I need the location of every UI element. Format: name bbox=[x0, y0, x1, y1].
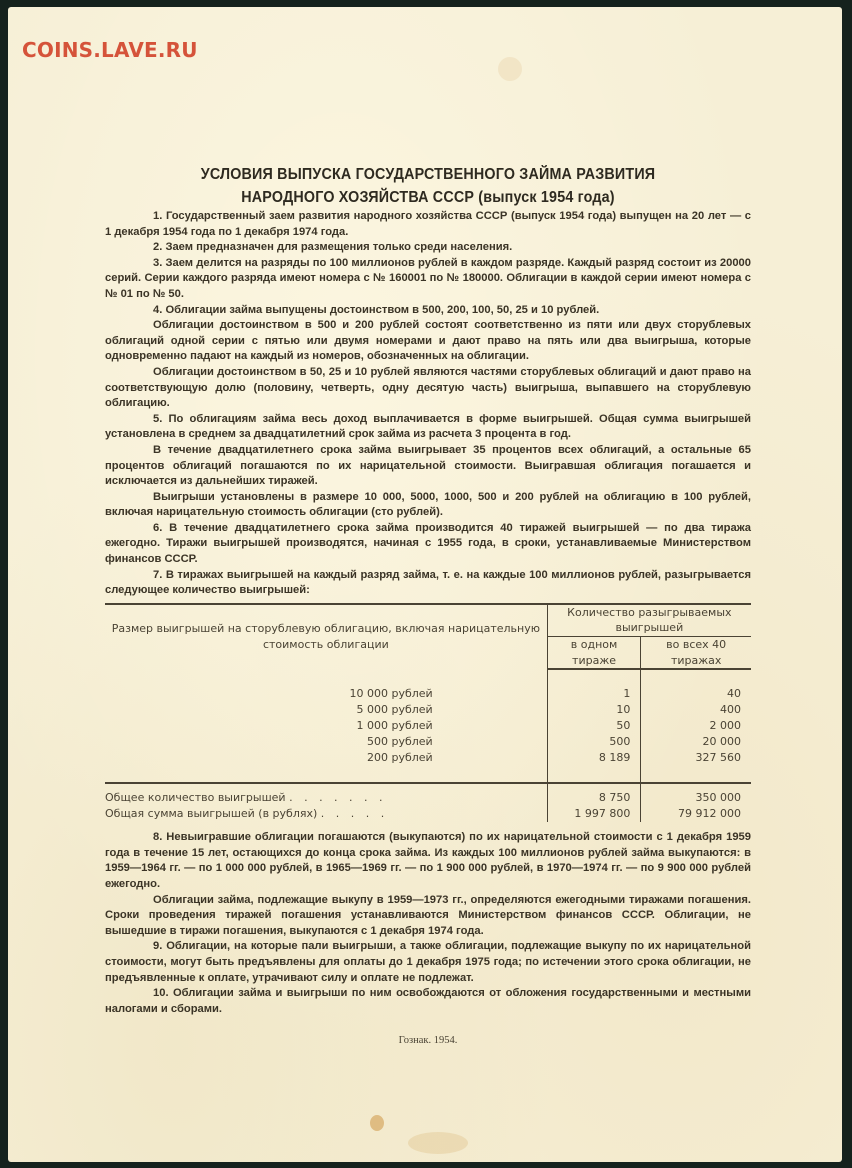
paragraph-10: 10. Облигации займа и выигрыши по ним ос… bbox=[105, 986, 751, 1017]
stain bbox=[370, 1115, 384, 1131]
paragraph-5b: Выигрыши установлены в размере 10 000, 5… bbox=[105, 490, 751, 521]
prize-amount: 200 рублей bbox=[105, 750, 547, 766]
col-header-per-draw: в одном тираже bbox=[547, 637, 641, 670]
table-row: 500 рублей 500 20 000 bbox=[105, 734, 751, 750]
watermark: COINS.LAVE.RU bbox=[22, 38, 198, 62]
table-row: 200 рублей 8 189 327 560 bbox=[105, 750, 751, 766]
paragraph-9: 9. Облигации, на которые пали выигрыши, … bbox=[105, 939, 751, 986]
paragraph-5: 5. По облигациям займа весь доход выплач… bbox=[105, 412, 751, 443]
stain bbox=[408, 1132, 468, 1154]
paragraph-4b: Облигации достоинством в 50, 25 и 10 руб… bbox=[105, 365, 751, 412]
prize-amount: 10 000 рублей bbox=[105, 686, 547, 702]
total-label: Общая сумма выигрышей (в рублях) . . . .… bbox=[105, 806, 547, 822]
paragraph-4: 4. Облигации займа выпущены достоинством… bbox=[105, 303, 751, 319]
all-draws-count: 327 560 bbox=[641, 750, 751, 766]
all-draws-count: 40 bbox=[641, 686, 751, 702]
table-row: 1 000 рублей 50 2 000 bbox=[105, 718, 751, 734]
prize-amount: 500 рублей bbox=[105, 734, 547, 750]
table-row: 10 000 рублей 1 40 bbox=[105, 686, 751, 702]
paragraph-5a: В течение двадцатилетнего срока займа вы… bbox=[105, 443, 751, 490]
paragraph-1: 1. Государственный заем развития народно… bbox=[105, 209, 751, 240]
all-draws-count: 20 000 bbox=[641, 734, 751, 750]
per-draw-count: 1 bbox=[547, 686, 641, 702]
printer-imprint: Гознак. 1954. bbox=[105, 1033, 751, 1049]
document-body: УСЛОВИЯ ВЫПУСКА ГОСУДАРСТВЕННОГО ЗАЙМА Р… bbox=[105, 163, 751, 1049]
all-draws-count: 2 000 bbox=[641, 718, 751, 734]
title-line-1: УСЛОВИЯ ВЫПУСКА ГОСУДАРСТВЕННОГО ЗАЙМА Р… bbox=[128, 163, 729, 186]
paragraph-8a: Облигации займа, подлежащие выкупу в 195… bbox=[105, 893, 751, 940]
prize-amount: 5 000 рублей bbox=[105, 702, 547, 718]
per-draw-count: 500 bbox=[547, 734, 641, 750]
stain bbox=[498, 57, 522, 81]
title-line-2: НАРОДНОГО ХОЗЯЙСТВА СССР (выпуск 1954 го… bbox=[128, 186, 729, 209]
col-header-prize: Размер выигрышей на сторублевую облигаци… bbox=[105, 604, 547, 669]
totals-row-sum: Общая сумма выигрышей (в рублях) . . . .… bbox=[105, 806, 751, 822]
paragraph-6: 6. В течение двадцатилетнего срока займа… bbox=[105, 521, 751, 568]
document-title: УСЛОВИЯ ВЫПУСКА ГОСУДАРСТВЕННОГО ЗАЙМА Р… bbox=[128, 163, 729, 209]
paragraph-2: 2. Заем предназначен для размещения толь… bbox=[105, 240, 751, 256]
paragraph-3: 3. Заем делится на разряды по 100 миллио… bbox=[105, 256, 751, 303]
all-draws-count: 400 bbox=[641, 702, 751, 718]
per-draw-count: 10 bbox=[547, 702, 641, 718]
paragraph-7: 7. В тиражах выигрышей на каждый разряд … bbox=[105, 568, 751, 599]
total-all-draws: 350 000 bbox=[641, 790, 751, 806]
per-draw-count: 8 189 bbox=[547, 750, 641, 766]
totals-row-count: Общее количество выигрышей . . . . . . .… bbox=[105, 790, 751, 806]
per-draw-count: 50 bbox=[547, 718, 641, 734]
total-all-draws: 79 912 000 bbox=[641, 806, 751, 822]
total-per-draw: 8 750 bbox=[547, 790, 641, 806]
paragraph-8: 8. Невыигравшие облигации погашаются (вы… bbox=[105, 830, 751, 892]
paragraph-4a: Облигации достоинством в 500 и 200 рубле… bbox=[105, 318, 751, 365]
group-header-count: Количество разыгрываемых выигрышей bbox=[547, 604, 751, 637]
total-per-draw: 1 997 800 bbox=[547, 806, 641, 822]
table-row: 5 000 рублей 10 400 bbox=[105, 702, 751, 718]
prize-amount: 1 000 рублей bbox=[105, 718, 547, 734]
col-header-all-draws: во всех 40 тиражах bbox=[641, 637, 751, 670]
total-label: Общее количество выигрышей . . . . . . . bbox=[105, 790, 547, 806]
prize-table: Размер выигрышей на сторублевую облигаци… bbox=[105, 603, 751, 822]
